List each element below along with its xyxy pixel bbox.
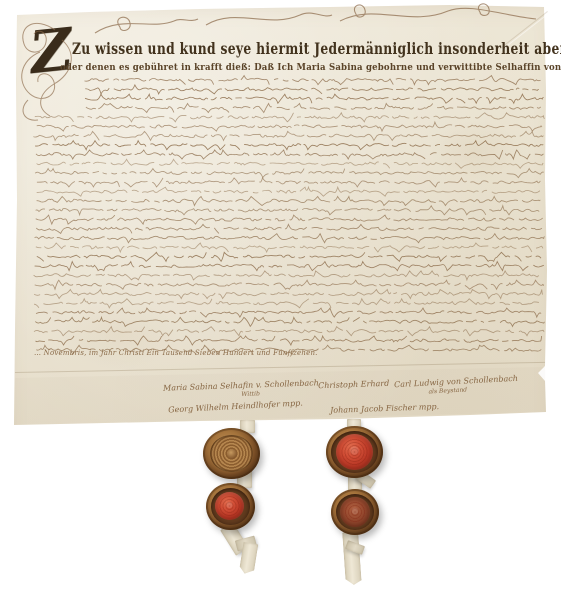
seal-capsule-left-top-wood-lid: [203, 428, 260, 479]
parchment-sheet: [0, 0, 561, 599]
seal-capsule-right-top: [326, 426, 383, 478]
signature-christoph-erhard: Christoph Erhard: [318, 371, 390, 392]
wax-seal-impression: [340, 438, 369, 466]
heading-line-2: oder denen es gebühret in krafft dieß: D…: [60, 63, 561, 73]
photograph-of-parchment-deed: Z Zu wissen und kund seye hiermit Jederm…: [0, 0, 561, 599]
dark-wax-seal-right: [340, 497, 370, 527]
closing-date-line: … Novembris, im Jahr Christi Ein Tausend…: [34, 349, 318, 357]
red-wax-seal-right: [336, 434, 373, 470]
seal-capsule-right-bottom: [331, 489, 379, 535]
signature-name: Johann Jacob Fischer mpp.: [330, 402, 439, 415]
seal-ribbon-right-tail: [342, 532, 362, 586]
seal-capsule-left-bottom: [206, 483, 255, 530]
signature-name: Christoph Erhard: [318, 379, 389, 390]
signature-johann-jacob: Johann Jacob Fischer mpp.: [330, 394, 440, 417]
wax-seal-impression: [219, 496, 240, 516]
red-wax-seal-left: [215, 492, 244, 520]
wax-seal-impression: [344, 501, 366, 523]
heading-line-1: Zu wissen und kund seye hiermit Jedermän…: [72, 39, 561, 58]
lid-center-knob: [227, 449, 237, 459]
